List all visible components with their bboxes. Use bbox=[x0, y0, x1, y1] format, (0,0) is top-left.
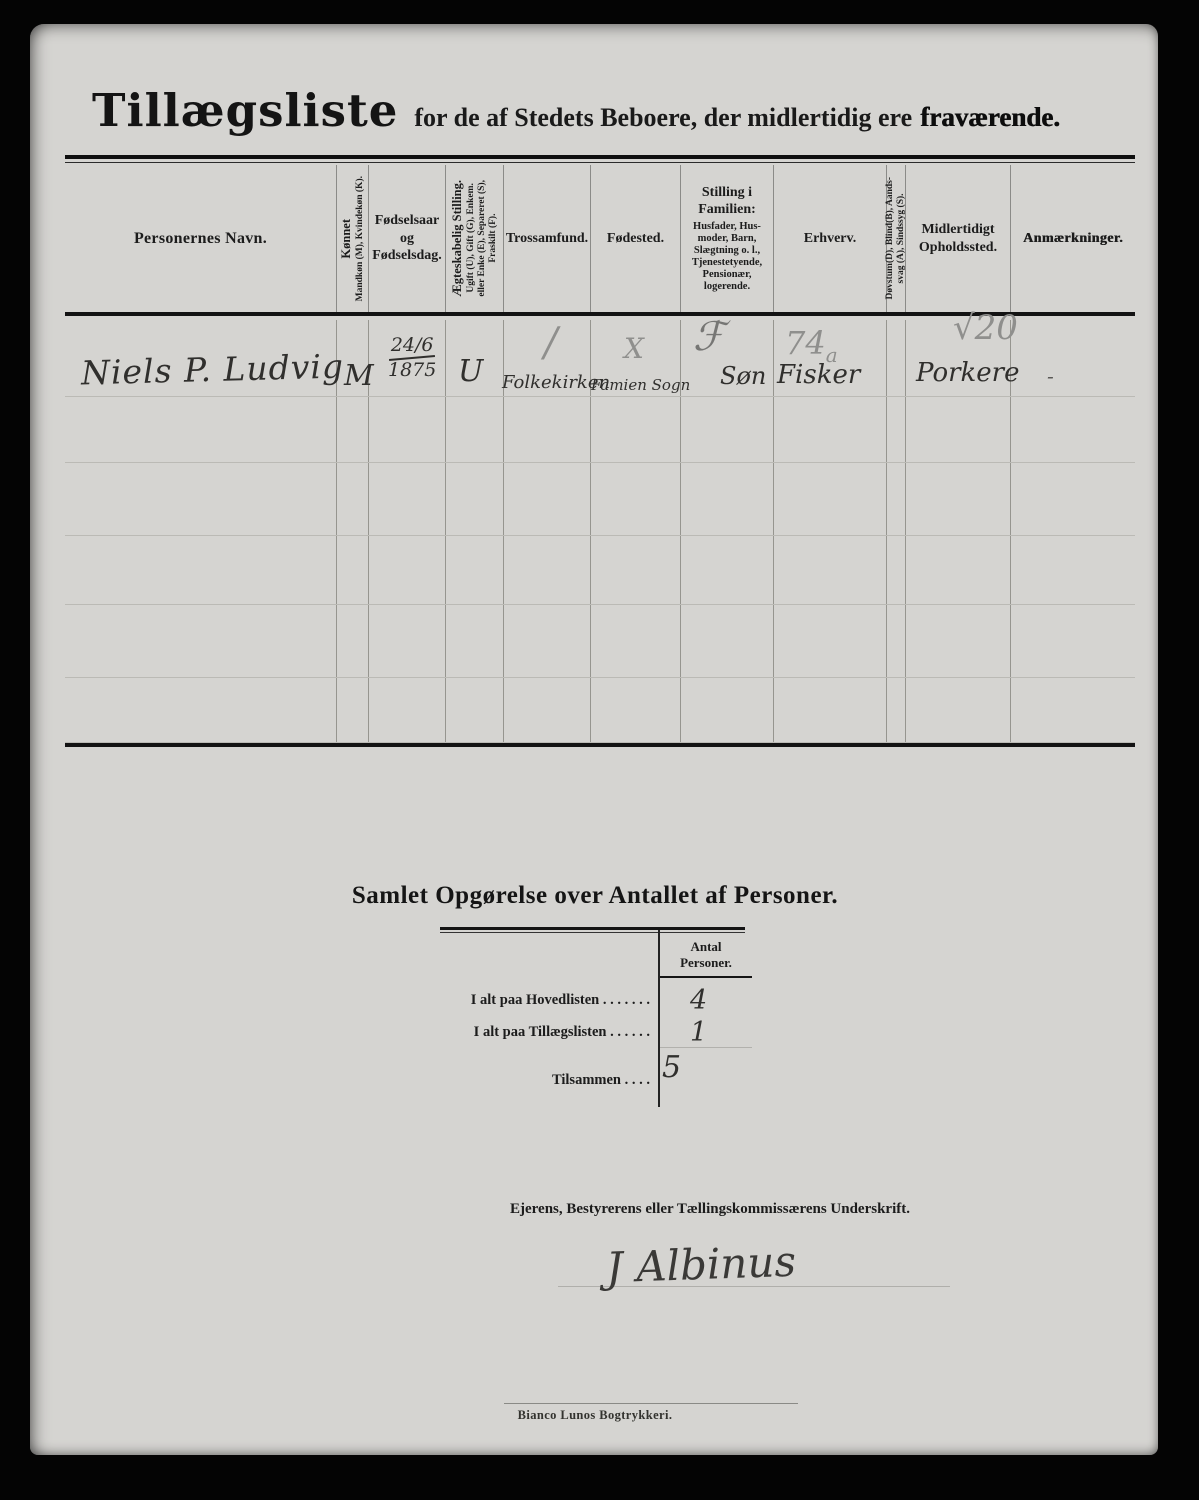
table-cell bbox=[773, 678, 886, 742]
summary-row-total-label: Tilsammen . . . . bbox=[350, 1072, 650, 1089]
pencil-mark-occupation: 74a bbox=[785, 324, 838, 362]
column-header-marital-sub: Ugift (U), Gift (G), Enkem. eller Enke (… bbox=[466, 180, 499, 297]
column-header-family-title: Stilling i Familien: bbox=[698, 184, 756, 219]
page-title-main: Tillægsliste bbox=[92, 84, 398, 137]
footer-rule bbox=[504, 1403, 798, 1404]
table-cell bbox=[886, 605, 905, 677]
table-cell bbox=[445, 678, 503, 742]
table-cell bbox=[503, 463, 590, 535]
table-cell bbox=[445, 463, 503, 535]
summary-title: Samlet Opgørelse over Antallet af Person… bbox=[95, 882, 1095, 910]
column-header-remarks: Anmærkninger. bbox=[1010, 165, 1135, 312]
column-header-religion-label: Trossamfund. bbox=[506, 230, 588, 248]
column-header-sex-group: Kønnet Mandkøn (M), Kvindekøn (K). bbox=[339, 167, 365, 310]
entry-birthplace-handwritten: Famien Sogn bbox=[591, 376, 690, 394]
scanned-census-page: { "colors": {"paper":"#d5d4d1","ink":"#1… bbox=[0, 0, 1199, 1500]
table-cell bbox=[886, 536, 905, 604]
table-cell bbox=[1010, 397, 1135, 462]
table-cell bbox=[336, 463, 368, 535]
pencil-mark-religion: / bbox=[544, 320, 557, 366]
table-cell bbox=[503, 678, 590, 742]
table-cell bbox=[773, 397, 886, 462]
table-cell bbox=[65, 536, 336, 604]
table-row bbox=[65, 605, 1135, 678]
signature-handwritten: J Albinus bbox=[605, 1237, 797, 1293]
table-cell bbox=[680, 678, 773, 742]
table-cell bbox=[680, 536, 773, 604]
table-body: Niels P. Ludvig M 24/6 1875 U Folkekirke… bbox=[65, 320, 1135, 747]
column-header-temporary-residence-label: Midlertidigt Opholdssted. bbox=[919, 221, 997, 256]
table-cell bbox=[445, 536, 503, 604]
printer-imprint: Bianco Lunos Bogtrykkeri. bbox=[445, 1408, 745, 1423]
pencil-mark-occupation-letter: a bbox=[826, 343, 838, 367]
entry-sex-handwritten: M bbox=[344, 358, 374, 392]
table-cell bbox=[368, 463, 445, 535]
table-cell bbox=[368, 536, 445, 604]
entry-birth-year: 1875 bbox=[388, 361, 436, 380]
column-header-birthdate-label: Fødselsaar og Fødselsdag. bbox=[372, 212, 442, 265]
table-cell bbox=[336, 605, 368, 677]
column-header-marital-title: Ægteskabelig Stilling. bbox=[450, 180, 464, 297]
pencil-mark-residence: √20 bbox=[953, 308, 1018, 348]
table-cell bbox=[368, 397, 445, 462]
column-header-marital-status: Ægteskabelig Stilling. Ugift (U), Gift (… bbox=[445, 165, 503, 312]
table-cell bbox=[368, 605, 445, 677]
table-cell bbox=[445, 397, 503, 462]
table-cell bbox=[65, 463, 336, 535]
page-title-subtitle: for de af Stedets Beboere, der midlertid… bbox=[414, 103, 912, 132]
column-header-name-label: Personernes Navn. bbox=[134, 230, 267, 248]
column-header-family-position: Stilling i Familien: Husfader, Hus- mode… bbox=[680, 165, 773, 312]
table-cell bbox=[65, 678, 336, 742]
pencil-mark-occupation-number: 74 bbox=[785, 324, 826, 362]
table-cell bbox=[336, 536, 368, 604]
table-cell bbox=[886, 678, 905, 742]
entry-residence-handwritten: Porkere bbox=[916, 358, 1019, 388]
column-header-sex: Kønnet Mandkøn (M), Kvindekøn (K). bbox=[336, 165, 368, 312]
table-cell bbox=[905, 536, 1010, 604]
signature-label: Ejerens, Bestyrerens eller Tællingskommi… bbox=[510, 1201, 910, 1218]
column-header-marital-group: Ægteskabelig Stilling. Ugift (U), Gift (… bbox=[450, 167, 498, 310]
entry-remarks-handwritten: - bbox=[1047, 364, 1054, 388]
pencil-mark-birthplace: X bbox=[624, 332, 644, 365]
table-cell bbox=[503, 605, 590, 677]
table-cell bbox=[1010, 320, 1135, 396]
table-cell bbox=[886, 397, 905, 462]
column-header-disability-label: Døvstum(D), Blind(B), Aands- svag (A), S… bbox=[885, 177, 907, 299]
table-cell bbox=[445, 605, 503, 677]
column-header-temporary-residence: Midlertidigt Opholdssted. bbox=[905, 165, 1010, 312]
title-divider-rule bbox=[65, 155, 1135, 163]
table-cell bbox=[905, 605, 1010, 677]
table-cell bbox=[680, 463, 773, 535]
column-header-occupation: Erhverv. bbox=[773, 165, 886, 312]
column-header-family-sub: Husfader, Hus- moder, Barn, Slægtning o.… bbox=[692, 221, 762, 293]
table-cell bbox=[680, 397, 773, 462]
entry-name-handwritten: Niels P. Ludvig bbox=[81, 347, 345, 393]
pencil-mark-family: ℱ bbox=[693, 314, 724, 360]
table-cell bbox=[590, 536, 680, 604]
column-header-birthdate: Fødselsaar og Fødselsdag. bbox=[368, 165, 445, 312]
column-header-occupation-label: Erhverv. bbox=[804, 230, 857, 248]
table-cell bbox=[886, 463, 905, 535]
table-row bbox=[65, 678, 1135, 743]
table-cell bbox=[590, 678, 680, 742]
page-title-subtitle-emphasis: fraværende. bbox=[920, 102, 1060, 132]
table-cell bbox=[503, 397, 590, 462]
table-cell bbox=[65, 605, 336, 677]
summary-value-main-list-handwritten: 4 bbox=[690, 985, 707, 1016]
table-cell bbox=[886, 320, 905, 396]
table-cell bbox=[905, 463, 1010, 535]
entry-marital-status-handwritten: U bbox=[458, 354, 483, 389]
summary-column-header: Antal Personer. bbox=[660, 939, 752, 972]
column-header-sex-sub: Mandkøn (M), Kvindekøn (K). bbox=[355, 176, 366, 301]
table-header: Personernes Navn. Kønnet Mandkøn (M), Kv… bbox=[65, 165, 1135, 316]
paper-sheet: Tillægslistefor de af Stedets Beboere, d… bbox=[30, 24, 1158, 1455]
table-cell bbox=[590, 463, 680, 535]
column-header-disability: Døvstum(D), Blind(B), Aands- svag (A), S… bbox=[886, 165, 905, 312]
entry-birthdate-handwritten: 24/6 1875 bbox=[388, 336, 436, 380]
table-cell bbox=[1010, 678, 1135, 742]
table-row bbox=[65, 536, 1135, 605]
table-cell bbox=[368, 678, 445, 742]
column-header-sex-title: Kønnet bbox=[339, 219, 353, 259]
table-cell bbox=[773, 605, 886, 677]
summary-column-header-rule bbox=[660, 976, 752, 978]
summary-row-supplementary-list-label: I alt paa Tillægslisten . . . . . . bbox=[350, 1024, 650, 1041]
table-cell bbox=[1010, 463, 1135, 535]
table-cell bbox=[1010, 536, 1135, 604]
page-title: Tillægslistefor de af Stedets Beboere, d… bbox=[92, 84, 1060, 137]
table-row bbox=[65, 463, 1135, 536]
table-cell bbox=[680, 605, 773, 677]
summary-value-total-handwritten: 5 bbox=[662, 1050, 681, 1085]
summary-sum-line bbox=[660, 1047, 752, 1048]
table-cell bbox=[590, 605, 680, 677]
table-cell bbox=[336, 397, 368, 462]
table-cell bbox=[905, 397, 1010, 462]
table-cell bbox=[1010, 605, 1135, 677]
column-header-religion: Trossamfund. bbox=[503, 165, 590, 312]
column-header-birthplace: Fødested. bbox=[590, 165, 680, 312]
entry-birth-day: 24/6 bbox=[391, 336, 434, 355]
entry-occupation-handwritten: Fisker bbox=[777, 360, 860, 390]
summary-row-main-list-label: I alt paa Hovedlisten . . . . . . . bbox=[350, 992, 650, 1009]
column-header-birthplace-label: Fødested. bbox=[607, 230, 664, 248]
summary-top-rule bbox=[440, 927, 745, 933]
summary-value-supplementary-list-handwritten: 1 bbox=[690, 1017, 707, 1048]
entry-family-position-handwritten: Søn bbox=[720, 362, 766, 390]
table-cell bbox=[773, 463, 886, 535]
table-cell bbox=[336, 678, 368, 742]
column-header-remarks-label: Anmærkninger. bbox=[1023, 231, 1123, 247]
table-cell bbox=[65, 397, 336, 462]
table-cell bbox=[773, 536, 886, 604]
table-row bbox=[65, 397, 1135, 463]
column-header-name: Personernes Navn. bbox=[65, 165, 336, 312]
table-cell bbox=[905, 678, 1010, 742]
table-cell bbox=[590, 397, 680, 462]
table-cell bbox=[503, 536, 590, 604]
